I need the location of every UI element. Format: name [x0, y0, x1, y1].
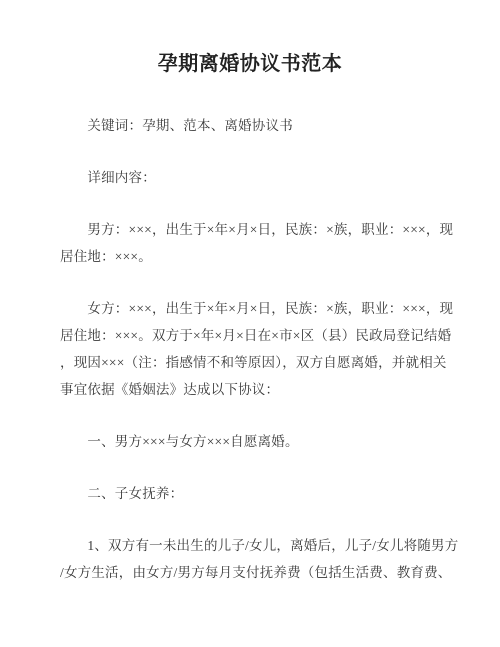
paragraph-details-label: 详细内容： — [60, 164, 460, 191]
document-title: 孕期离婚协议书范本 — [60, 50, 440, 78]
paragraph-husband-info: 男方：×××，出生于×年×月×日，民族：×族，职业：×××，现 居住地：×××。 — [60, 216, 460, 270]
clause-2-item-1-custody-support: 1、双方有一未出生的儿子/女儿，离婚后，儿子/女儿将随男方 /女方生活，由女方/… — [60, 532, 460, 586]
paragraph-keywords: 关键词：孕期、范本、离婚协议书 — [60, 112, 460, 139]
clause-2-child-custody-heading: 二、子女抚养： — [60, 480, 460, 507]
paragraph-wife-info-and-preamble: 女方：×××，出生于×年×月×日，民族：×族，职业：×××，现 居住地：×××。… — [60, 295, 460, 403]
clause-1-voluntary-divorce: 一、男方×××与女方×××自愿离婚。 — [60, 428, 460, 455]
document-page: 孕期离婚协议书范本 关键词：孕期、范本、离婚协议书 详细内容： 男方：×××，出… — [0, 0, 500, 647]
